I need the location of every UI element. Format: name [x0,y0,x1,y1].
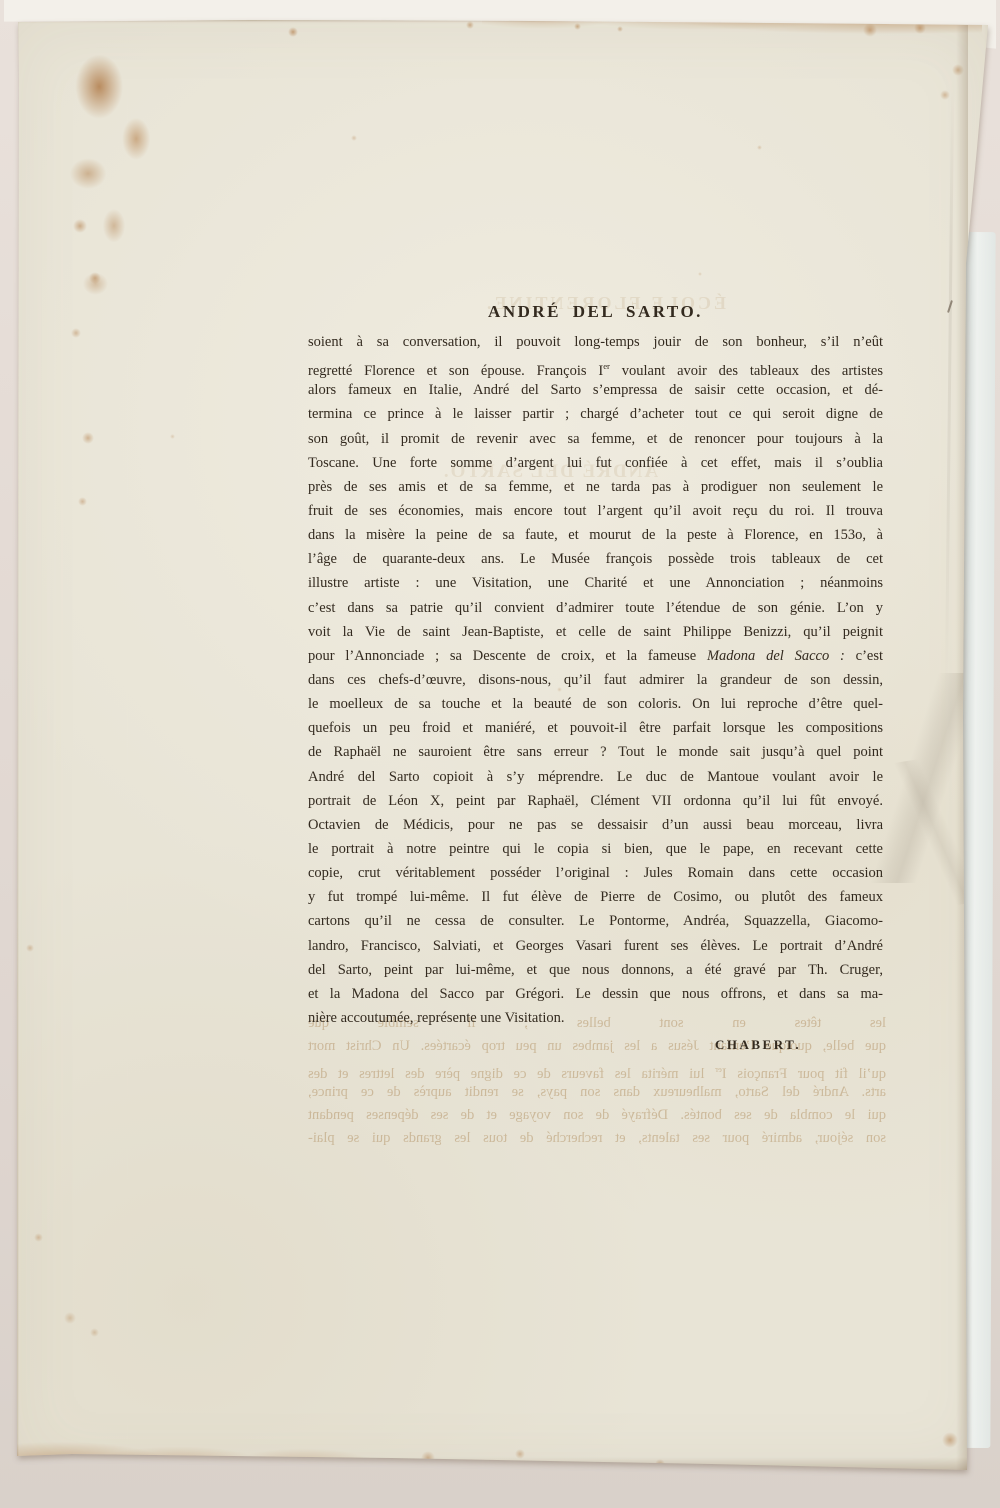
text-line: dans ces chefs-d’œuvre, disons-nous, qu’… [308,668,883,692]
foxing-stain [940,90,950,100]
foxing-stain [64,1312,76,1324]
foxing-stain [574,23,581,30]
foxing-stain [482,18,982,36]
foxing-stain [466,21,474,29]
foxing-stain [73,219,87,233]
text-line: alors fameux en Italie, André del Sarto … [308,378,883,402]
text-line: fruit de ses économies, mais encore tout… [308,499,883,523]
text-line: portrait de Léon X, peint par Raphaël, C… [308,789,883,813]
foxing-stain [351,135,357,141]
foxing-stain [34,1233,43,1242]
foxing-stain [617,26,623,32]
showthrough-line: qui le combla de ses bontés. Défrayé de … [308,1104,886,1127]
foxing-stain [557,687,562,692]
foxing-stain [863,23,877,37]
text-line: le portrait à notre peintre qui le copia… [308,837,883,861]
showthrough-line: son séjour, admiré pour ses talents, et … [308,1127,886,1150]
page-edge [16,18,19,1474]
scan-background: ÉCOLE FLORENTINE. ANDRÉ DEL SARTO. les t… [0,0,1000,1508]
paper-crease [945,78,954,698]
text-line: Octavien de Médicis, pour ne pas se dess… [308,813,883,837]
foxing-stain [288,27,298,37]
text-line: son goût, il promit de revenir avec sa f… [308,427,883,451]
foxing-stain [82,432,94,444]
foxing-stain [26,944,34,952]
showthrough-line: arts. André del Sarto, malheureux dans s… [308,1081,886,1104]
foxing-stain [71,328,81,338]
showthrough-line: qu’il fit pour François Ier lui mérita l… [308,1058,886,1081]
foxing-stain [170,434,175,439]
foxing-stain [90,1328,99,1337]
text-line: regretté Florence et son épouse. Françoi… [308,354,883,378]
text-line: copie, crut véritablement posséder l’ori… [308,861,883,885]
paper-crease [871,751,993,915]
text-line: quefois un peu froid et maniéré, et pouv… [308,716,883,740]
text-line: c’est dans sa patrie qu’il convient d’ad… [308,596,883,620]
foxing-stain [89,272,101,284]
body-text: soient à sa conversation, il pouvoit lon… [308,330,883,1030]
text-line: cartons qu’il ne cessa de consulter. Le … [308,909,883,933]
text-line: Toscane. Une forte somme d’argent lui fu… [308,451,883,475]
text-line: soient à sa conversation, il pouvoit lon… [308,330,883,354]
page-title: ANDRÉ DEL SARTO. [308,302,883,322]
text-line: de Raphaël ne sauroient être sans erreur… [308,740,883,764]
text-line: dans la misère la peine de sa faute, et … [308,523,883,547]
foxing-stain [914,22,926,34]
page-wrap: ÉCOLE FLORENTINE. ANDRÉ DEL SARTO. les t… [12,18,990,1474]
text-line: y fut trompé lui-même. Il fut élève de P… [308,885,883,909]
text-line: l’âge de quarante-deux ans. Le Musée fra… [308,547,883,571]
foxing-stain [16,1432,376,1462]
page-edge [12,18,990,22]
text-line: et la Madona del Sacco par Grégori. Le d… [308,982,883,1006]
foxing-stain [78,497,87,506]
text-line: près de ses amis et de sa femme, et ne t… [308,475,883,499]
text-line: le moelleux de sa touche et la beauté de… [308,692,883,716]
text-line: André del Sarto copioit à s’y méprendre.… [308,765,883,789]
foxing-stain [757,145,762,150]
text-line: illustre artiste : une Visitation, une C… [308,571,883,595]
text-line: pour l’Annonciade ; sa Descente de croix… [308,644,883,668]
book-page: ÉCOLE FLORENTINE. ANDRÉ DEL SARTO. les t… [12,18,990,1474]
page-edge [12,1448,990,1474]
text-line: landro, Francisco, Salviati, et Georges … [308,934,883,958]
text-line: termina ce prince à le laisser partir ; … [308,402,883,426]
showthrough-lines: les têtes en sont belles ; il semble que… [308,1012,886,1150]
text-line: voit la Vie de saint Jean-Baptiste, et c… [308,620,883,644]
text-line: nière accoutumée, représente une Visitat… [308,1006,883,1030]
foxing-stain [40,46,225,336]
text-line: del Sarto, peint par lui-même, et que no… [308,958,883,982]
page-edge [956,25,968,1471]
foxing-stain [698,272,702,276]
author-signature: CHABERT. [715,1037,801,1053]
